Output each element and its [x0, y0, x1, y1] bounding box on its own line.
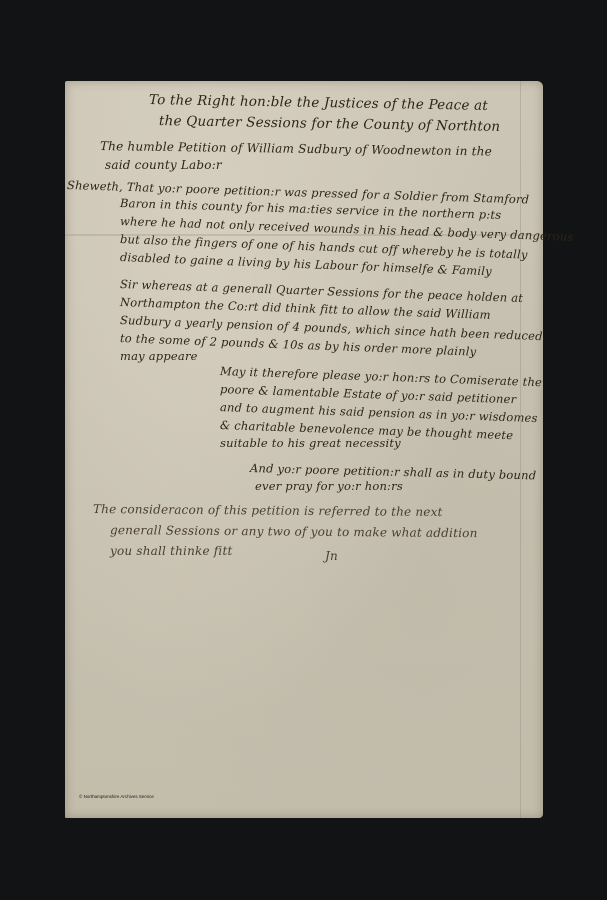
manuscript-page: To the Right hon:ble the Justices of the…: [65, 81, 543, 818]
endorsement-line: you shall thinke fitt: [110, 544, 233, 558]
prayer-closing-2: ever pray for yo:r hon:rs: [255, 479, 403, 493]
prayer-line: suitable to his great necessity: [220, 436, 401, 450]
body-line: may appeare: [120, 349, 198, 363]
intro-line-2: said county Labo:r: [105, 158, 222, 172]
address-line-2: the Quarter Sessions for the County of N…: [159, 113, 501, 135]
copyright-notice: © Northamptonshire Archives Service: [79, 794, 154, 799]
endorsement-line: generall Sessions or any two of you to m…: [110, 523, 478, 540]
endorsement-initials: Jn: [325, 549, 338, 563]
endorsement-line: The consideracon of this petition is ref…: [93, 502, 443, 519]
address-line-1: To the Right hon:ble the Justices of the…: [149, 92, 488, 114]
intro-line-1: The humble Petition of William Sudbury o…: [100, 139, 492, 158]
